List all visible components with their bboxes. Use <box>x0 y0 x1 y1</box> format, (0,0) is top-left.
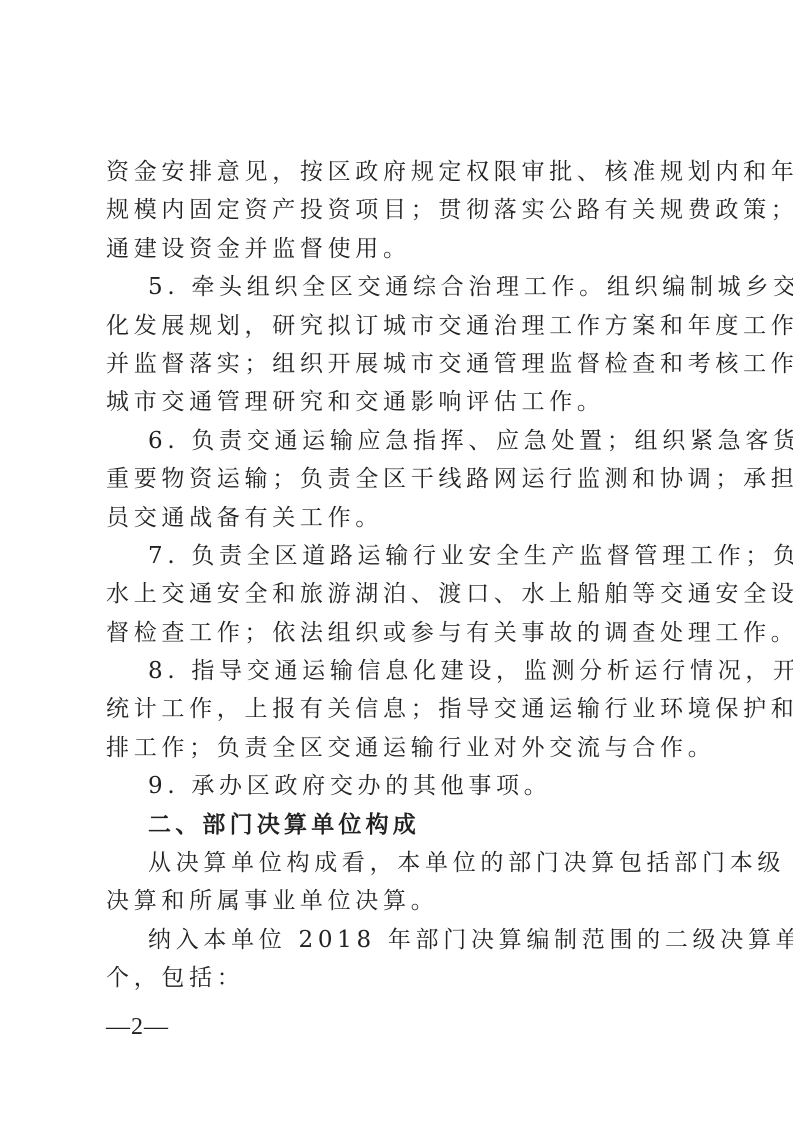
text-line: 督检查工作；依法组织或参与有关事故的调查处理工作。 <box>106 614 706 652</box>
text-line: 水上交通安全和旅游湖泊、渡口、水上船舶等交通安全设施的监 <box>106 575 706 613</box>
section-heading: 二、部门决算单位构成 <box>106 806 706 844</box>
text-line: 统计工作，上报有关信息；指导交通运输行业环境保护和节能减 <box>106 690 706 728</box>
paragraph-item-6: 6. 负责交通运输应急指挥、应急处置；组织紧急客货运输和 重要物资运输；负责全区… <box>106 422 706 537</box>
document-page: 资金安排意见，按区政府规定权限审批、核准规划内和年度计划 规模内固定资产投资项目… <box>0 0 793 1122</box>
text-line: 并监督落实；组织开展城市交通管理监督检查和考核工作；负责 <box>106 345 706 383</box>
text-line: 8. 指导交通运输信息化建设，监测分析运行情况，开展相关 <box>106 652 706 690</box>
text-line: 纳入本单位 2018 年部门决算编制范围的二级决算单位共有 3 <box>106 921 706 959</box>
text-line: 从决算单位构成看，本单位的部门决算包括部门本级（机关） <box>106 844 706 882</box>
paragraph-body: 从决算单位构成看，本单位的部门决算包括部门本级（机关） 决算和所属事业单位决算。 <box>106 844 706 921</box>
text-line: 9. 承办区政府交办的其他事项。 <box>106 767 706 805</box>
section-heading-text: 二、部门决算单位构成 <box>106 806 706 844</box>
text-line: 个，包括： <box>106 959 706 997</box>
text-line: 化发展规划，研究拟订城市交通治理工作方案和年度工作计划， <box>106 307 706 345</box>
text-line: 7. 负责全区道路运输行业安全生产监督管理工作；负责全区 <box>106 537 706 575</box>
paragraph-body: 纳入本单位 2018 年部门决算编制范围的二级决算单位共有 3 个，包括： <box>106 921 706 998</box>
paragraph-item-7: 7. 负责全区道路运输行业安全生产监督管理工作；负责全区 水上交通安全和旅游湖泊… <box>106 537 706 652</box>
page-number: —2— <box>106 1012 169 1042</box>
text-line: 排工作；负责全区交通运输行业对外交流与合作。 <box>106 729 706 767</box>
text-line: 决算和所属事业单位决算。 <box>106 882 706 920</box>
text-line: 城市交通管理研究和交通影响评估工作。 <box>106 383 706 421</box>
paragraph-item-9: 9. 承办区政府交办的其他事项。 <box>106 767 706 805</box>
text-line: 重要物资运输；负责全区干线路网运行监测和协调；承担国防动 <box>106 460 706 498</box>
text-line: 资金安排意见，按区政府规定权限审批、核准规划内和年度计划 <box>106 153 706 191</box>
text-line: 员交通战备有关工作。 <box>106 499 706 537</box>
paragraph-continuation: 资金安排意见，按区政府规定权限审批、核准规划内和年度计划 规模内固定资产投资项目… <box>106 153 706 268</box>
text-line: 通建设资金并监督使用。 <box>106 230 706 268</box>
document-body: 资金安排意见，按区政府规定权限审批、核准规划内和年度计划 规模内固定资产投资项目… <box>106 153 706 998</box>
text-line: 5. 牵头组织全区交通综合治理工作。组织编制城乡交通一体 <box>106 268 706 306</box>
text-line: 规模内固定资产投资项目；贯彻落实公路有关规费政策；筹措交 <box>106 191 706 229</box>
paragraph-item-8: 8. 指导交通运输信息化建设，监测分析运行情况，开展相关 统计工作，上报有关信息… <box>106 652 706 767</box>
paragraph-item-5: 5. 牵头组织全区交通综合治理工作。组织编制城乡交通一体 化发展规划，研究拟订城… <box>106 268 706 422</box>
text-line: 6. 负责交通运输应急指挥、应急处置；组织紧急客货运输和 <box>106 422 706 460</box>
